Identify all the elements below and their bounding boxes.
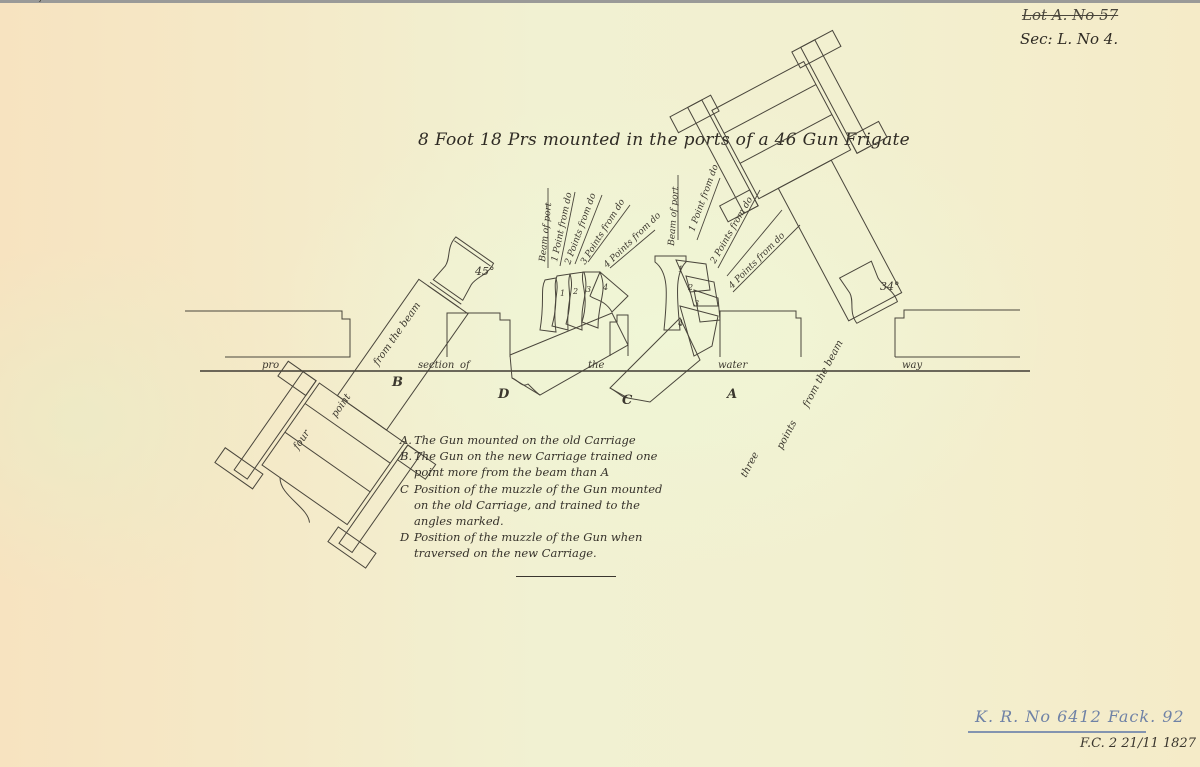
gun-c-letter: C	[622, 393, 633, 408]
svg-text:of: of	[460, 360, 472, 371]
gun-a-angle: 34°	[880, 280, 900, 293]
svg-text:the: the	[588, 360, 604, 371]
svg-text:way: way	[902, 360, 923, 371]
svg-text:pro: pro	[262, 360, 279, 371]
svg-text:section: section	[418, 360, 454, 371]
gun-b-carriage-text-1: point	[329, 391, 354, 419]
gun-a-carriage-text-2: three	[739, 450, 761, 479]
gun-b-carriage-text-2: four	[291, 427, 313, 452]
svg-text:2: 2	[572, 287, 578, 296]
gun-a-carriage-text-1: points	[775, 419, 799, 452]
svg-text:1: 1	[560, 289, 565, 298]
gun-diagram: 45° 34° D C	[0, 0, 1200, 767]
gun-b-angle: 45°	[474, 265, 495, 278]
svg-text:1 Point from do: 1 Point from do	[687, 163, 721, 233]
legend-item-d: D Position of the muzzle of the Gun when…	[400, 529, 670, 561]
date-stamp: F.C. 2 21/11 1827	[1080, 736, 1196, 751]
legend-item-a: A. The Gun mounted on the old Carriage	[400, 432, 670, 448]
svg-text:2: 2	[687, 283, 693, 292]
legend-underline	[516, 576, 616, 577]
svg-text:3 Points from do: 3 Points from do	[0, 0, 76, 3]
legend: A. The Gun mounted on the old Carriage B…	[400, 432, 670, 577]
gun-a-letter: A	[725, 387, 737, 402]
svg-text:3: 3	[694, 299, 699, 308]
svg-text:water: water	[718, 360, 748, 371]
archive-mark: K. R. No 6412 Fack. 92	[975, 707, 1185, 726]
muzzle-group-c	[610, 256, 720, 402]
svg-text:2 Points from do: 2 Points from do	[708, 195, 755, 266]
svg-text:4: 4	[677, 319, 683, 328]
archive-underline	[968, 731, 1146, 733]
muzzle-numbers: 1 2 3 4 1 2 3 4	[560, 265, 699, 328]
svg-text:1: 1	[678, 265, 683, 274]
legend-item-c: C Position of the muzzle of the Gun moun…	[400, 481, 670, 530]
gun-b-letter: B	[391, 375, 403, 390]
svg-text:3: 3	[586, 285, 591, 294]
svg-text:Beam of port: Beam of port	[667, 186, 681, 247]
gun-a-barrel-text: from the beam	[800, 338, 845, 410]
legend-item-b: B. The Gun on the new Carriage trained o…	[400, 448, 670, 480]
svg-text:4: 4	[602, 283, 608, 292]
gun-d-letter: D	[497, 387, 510, 402]
angle-labels-d: Beam of port 1 Point from do 2 Points fr…	[538, 191, 664, 271]
angle-labels-c: Beam of port 1 Point from do 2 Points fr…	[0, 0, 788, 292]
